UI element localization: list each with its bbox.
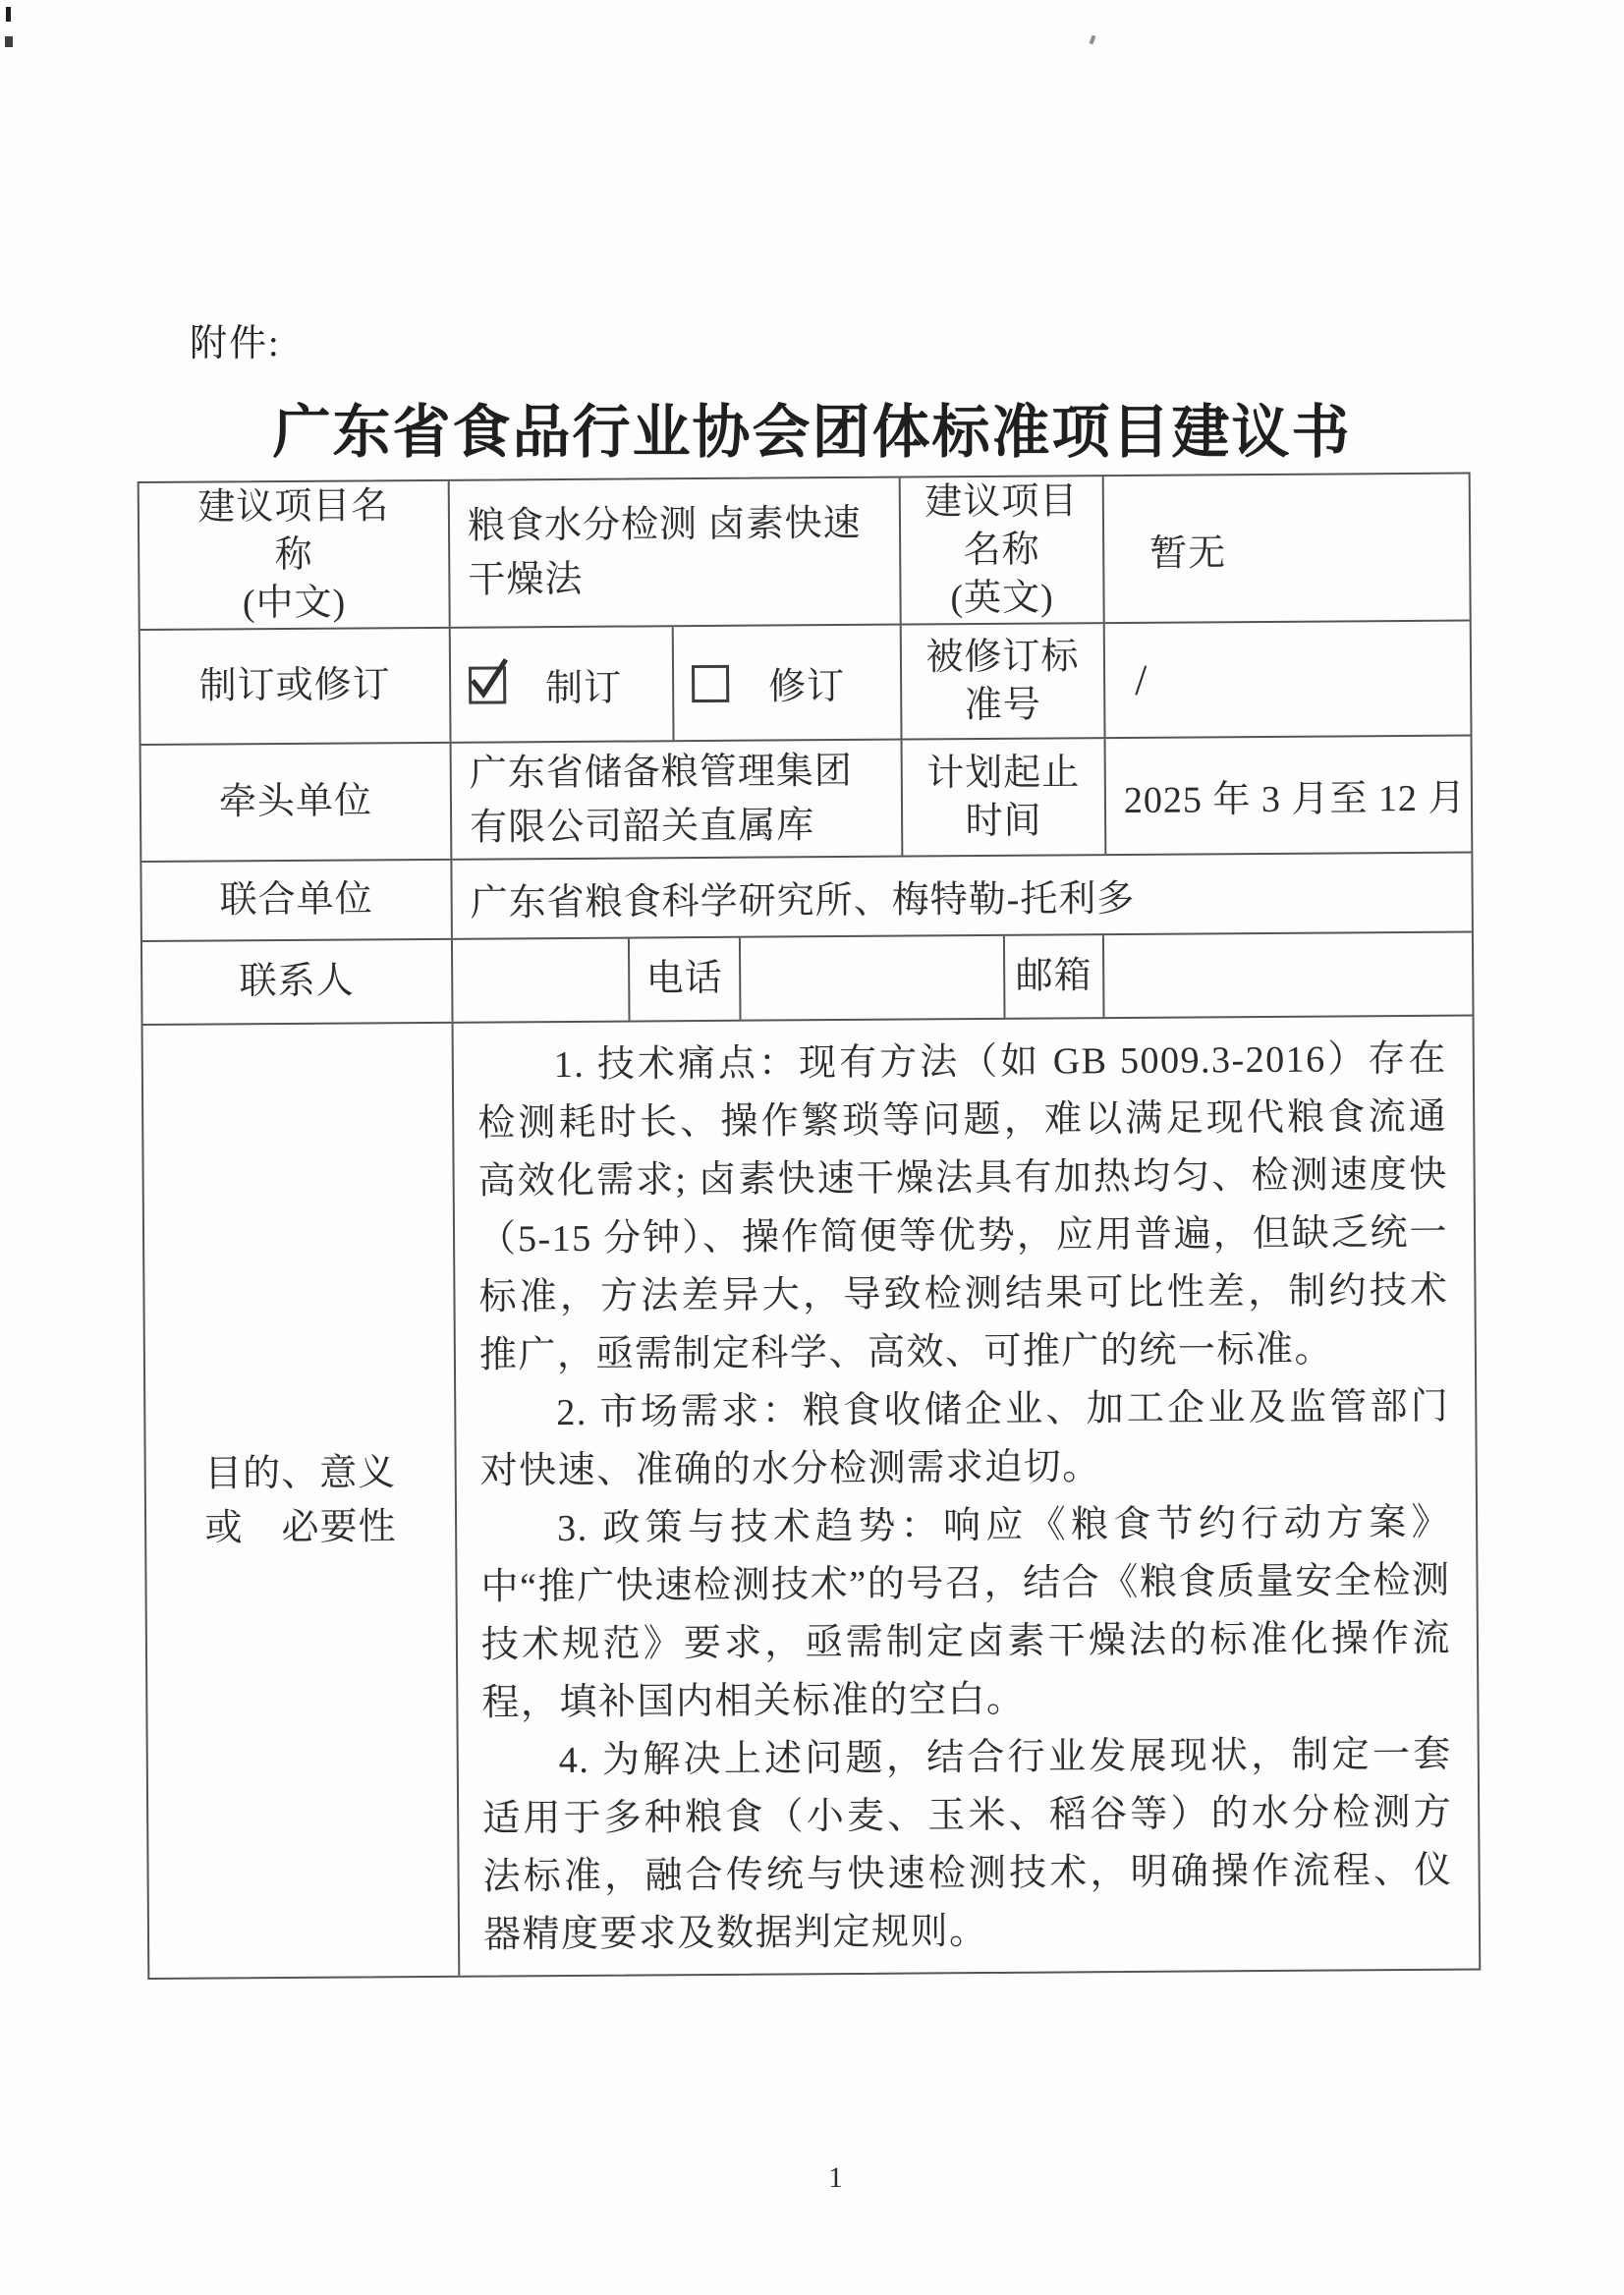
project-name-en-label: 建议项目 名称 (英文): [901, 476, 1105, 623]
project-name-cn-label: 建议项目名 称 (中文): [140, 481, 451, 629]
revise-checkbox-unchecked: [692, 664, 729, 701]
draft-checkbox-checked: [469, 666, 506, 703]
table-row: 联合单位 广东省粮食科学研究所、梅特勒-托利多: [141, 854, 1472, 942]
revise-option-label: 修订: [768, 655, 845, 710]
contact-label: 联系人: [142, 940, 454, 1024]
scan-artifact: [6, 7, 11, 22]
table-row: 联系人 电话 邮箱: [142, 933, 1473, 1026]
scan-artifact: [5, 36, 13, 47]
proposal-form-table: 建议项目名 称 (中文) 粮食水分检测 卤素快速 干燥法 建议项目 名称 (英文…: [138, 473, 1482, 1980]
lead-unit-value: 广东省储备粮管理集团 有限公司韶关直属库: [452, 741, 904, 859]
table-row: 牵头单位 广东省储备粮管理集团 有限公司韶关直属库 计划起止 时间 2025 年…: [141, 737, 1472, 863]
schedule-label: 计划起止 时间: [903, 739, 1107, 855]
draft-option: 制订: [451, 627, 675, 742]
project-name-en-value: 暂无: [1104, 475, 1470, 623]
contact-value: [453, 939, 631, 1022]
email-label: 邮箱: [1005, 935, 1105, 1018]
table-row: 目的、意义 或 必要性 1. 技术痛点：现有方法（如 GB 5009.3-201…: [143, 1017, 1480, 1978]
email-value: [1104, 933, 1473, 1018]
draft-option-label: 制订: [545, 657, 622, 712]
purpose-text: 1. 技术痛点：现有方法（如 GB 5009.3-2016）存在检测耗时长、操作…: [454, 1017, 1480, 1976]
phone-value: [741, 936, 1006, 1020]
purpose-paragraph: 4. 为解决上述问题，结合行业发展现状，制定一套适用于多种粮食（小麦、玉米、稻谷…: [482, 1726, 1454, 1965]
joint-unit-value: 广东省粮食科学研究所、梅特勒-托利多: [452, 854, 1472, 938]
revise-option: 修订: [674, 626, 903, 741]
project-name-cn-value: 粮食水分检测 卤素快速 干燥法: [450, 478, 902, 627]
mode-label: 制订或修订: [140, 629, 452, 744]
page-number: 1: [24, 2161, 1624, 2195]
phone-label: 电话: [630, 938, 742, 1021]
revised-standard-no-value: /: [1105, 622, 1471, 738]
purpose-paragraph: 1. 技术痛点：现有方法（如 GB 5009.3-2016）存在检测耗时长、操作…: [477, 1031, 1449, 1385]
scan-artifact: [1090, 35, 1096, 45]
revised-standard-no-label: 被修订标 准号: [902, 624, 1106, 738]
schedule-value: 2025 年 3 月至 12 月: [1106, 737, 1472, 855]
attachment-label: 附件:: [190, 312, 281, 366]
page-title: 广东省食品行业协会团体标准项目建议书: [0, 385, 1624, 469]
joint-unit-label: 联合单位: [141, 861, 453, 940]
purpose-paragraph: 3. 政策与技术趋势：响应《粮食节约行动方案》中“推广快速检测技术”的号召，结合…: [480, 1494, 1452, 1733]
document-page: 附件: 广东省食品行业协会团体标准项目建议书 建议项目名 称 (中文) 粮食水分…: [0, 0, 1624, 2295]
lead-unit-label: 牵头单位: [141, 744, 453, 861]
purpose-paragraph: 2. 市场需求：粮食收储企业、加工企业及监管部门对快速、准确的水分检测需求迫切。: [479, 1378, 1450, 1501]
purpose-label: 目的、意义 或 必要性: [143, 1024, 461, 1978]
table-row: 制订或修订 制订 修订 被修订标 准号 /: [140, 622, 1471, 746]
table-row: 建议项目名 称 (中文) 粮食水分检测 卤素快速 干燥法 建议项目 名称 (英文…: [140, 475, 1470, 631]
